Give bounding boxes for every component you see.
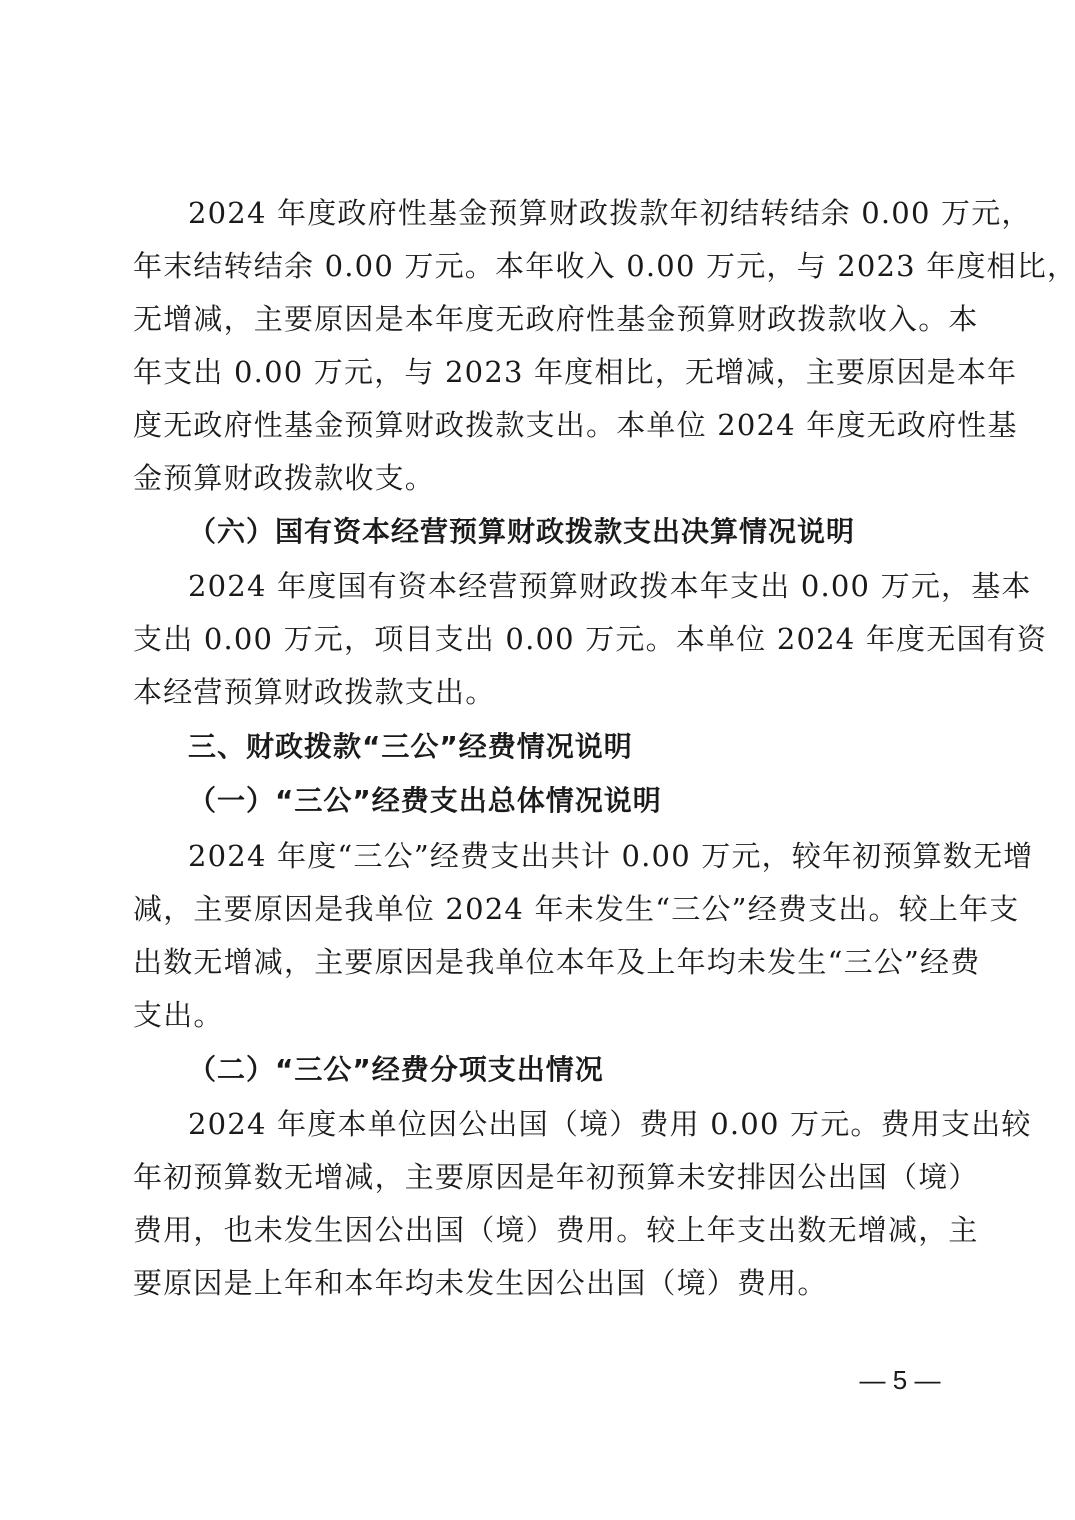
section-subheading: （二）“三公”经费分项支出情况 — [188, 1052, 1000, 1088]
paragraph-line: 支出。 — [133, 997, 945, 1033]
paragraph-line: 2024 年度政府性基金预算财政拨款年初结转结余 0.00 万元， — [188, 195, 945, 231]
section-subheading: （一）“三公”经费支出总体情况说明 — [188, 783, 1000, 819]
paragraph-line: 年初预算数无增减，主要原因是年初预算未安排因公出国（境） — [133, 1159, 945, 1195]
paragraph-line: 2024 年度本单位因公出国（境）费用 0.00 万元。费用支出较 — [188, 1106, 945, 1142]
paragraph-line: 出数无增减，主要原因是我单位本年及上年均未发生“三公”经费 — [133, 944, 945, 980]
paragraph-line: 无增减，主要原因是本年度无政府性基金预算财政拨款收入。本 — [133, 301, 945, 337]
paragraph-line: 费用，也未发生因公出国（境）费用。较上年支出数无增减，主 — [133, 1212, 945, 1248]
paragraph-line: 要原因是上年和本年均未发生因公出国（境）费用。 — [133, 1265, 945, 1301]
page-number: — 5 — — [850, 1365, 950, 1395]
paragraph-line: 金预算财政拨款收支。 — [133, 460, 945, 496]
document-page: 2024 年度政府性基金预算财政拨款年初结转结余 0.00 万元， 年末结转结余… — [0, 0, 1075, 1520]
paragraph-line: 2024 年度“三公”经费支出共计 0.00 万元，较年初预算数无增 — [188, 838, 945, 874]
section-heading: 三、财政拨款“三公”经费情况说明 — [188, 729, 1000, 765]
paragraph-line: 支出 0.00 万元，项目支出 0.00 万元。本单位 2024 年度无国有资 — [133, 621, 945, 657]
paragraph-line: 2024 年度国有资本经营预算财政拨本年支出 0.00 万元，基本 — [188, 568, 945, 604]
paragraph-line: 度无政府性基金预算财政拨款支出。本单位 2024 年度无政府性基 — [133, 407, 945, 443]
paragraph-line: 本经营预算财政拨款支出。 — [133, 674, 945, 710]
paragraph-line: 年末结转结余 0.00 万元。本年收入 0.00 万元，与 2023 年度相比， — [133, 248, 945, 284]
section-subheading: （六）国有资本经营预算财政拨款支出决算情况说明 — [188, 514, 1000, 550]
paragraph-line: 减，主要原因是我单位 2024 年未发生“三公”经费支出。较上年支 — [133, 891, 945, 927]
paragraph-line: 年支出 0.00 万元，与 2023 年度相比，无增减，主要原因是本年 — [133, 354, 945, 390]
